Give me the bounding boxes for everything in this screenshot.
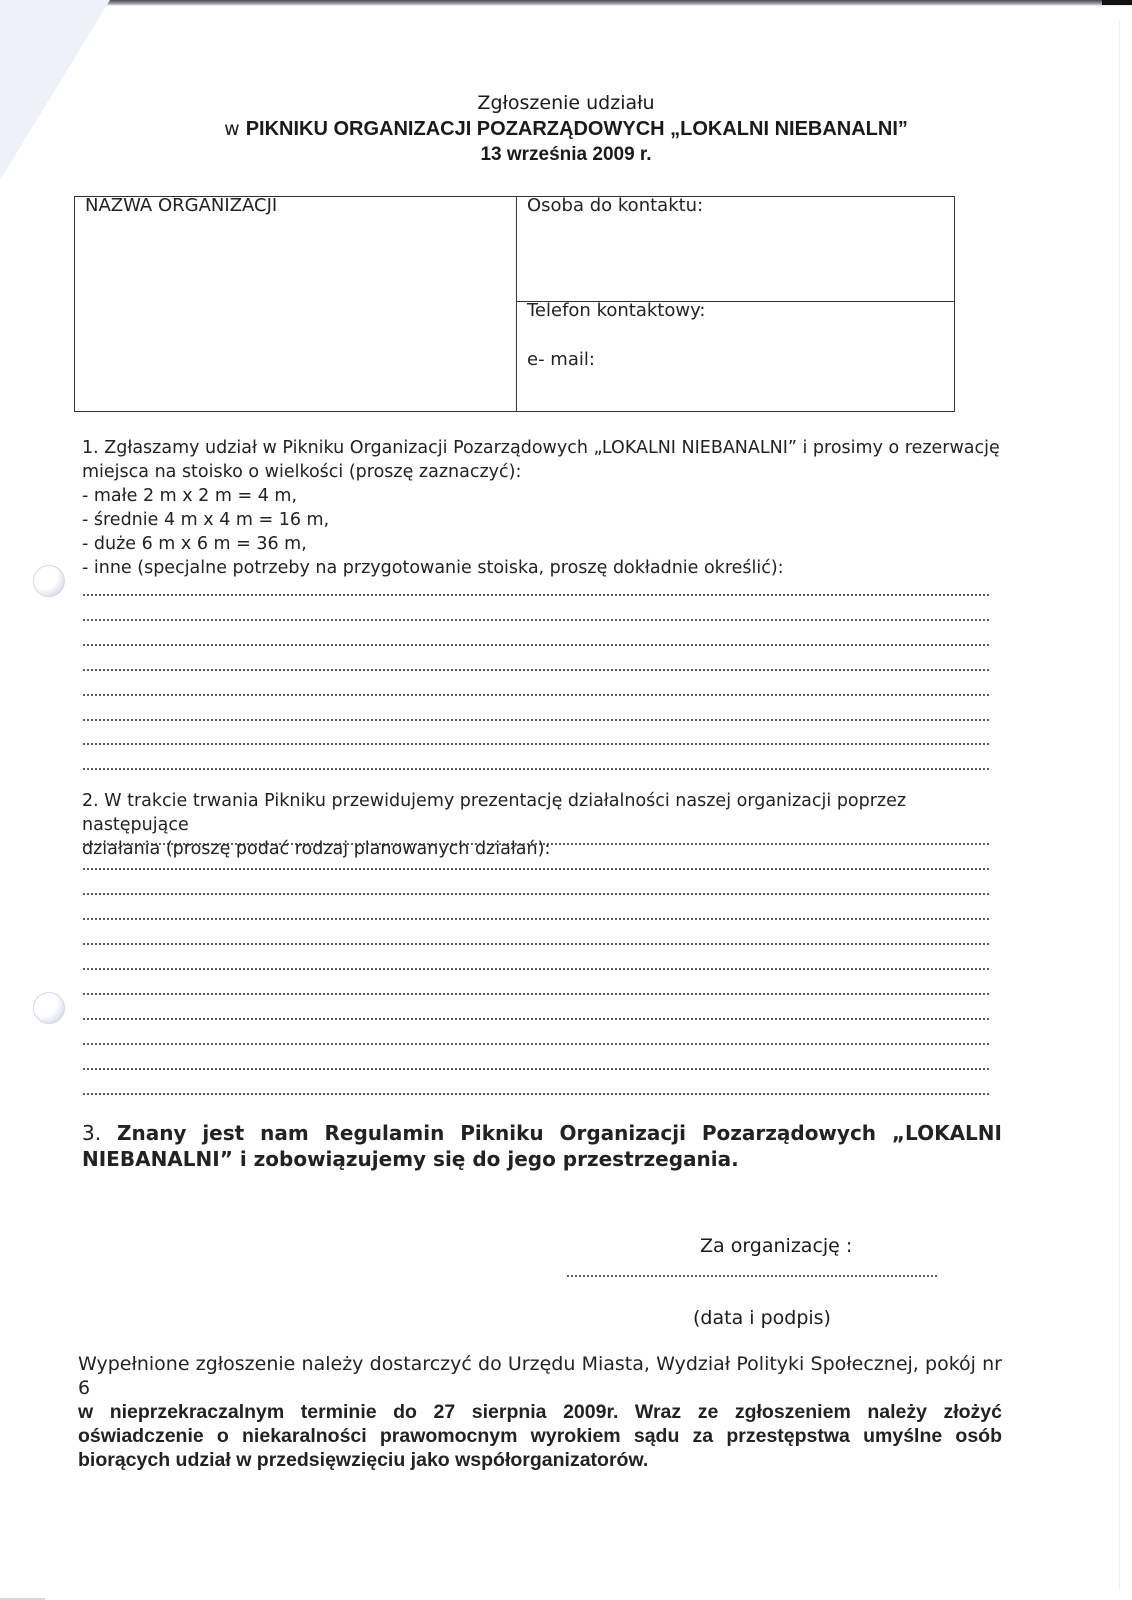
punch-hole-icon — [33, 992, 65, 1024]
blank-answer-line[interactable] — [82, 743, 990, 745]
section3-word: „LOKALNI — [892, 1120, 1002, 1146]
scan-top-edge — [0, 0, 1132, 6]
section3-word: Pikniku — [460, 1120, 543, 1146]
section1-intro-line2: miejsca na stoisko o wielkości (proszę z… — [82, 460, 1002, 484]
blank-answer-line[interactable] — [82, 1068, 990, 1070]
event-name-prefix: w — [224, 118, 246, 140]
contact-person-label: Osoba do kontaktu: — [527, 195, 703, 216]
blank-answer-line[interactable] — [82, 843, 990, 845]
blank-answer-line[interactable] — [82, 943, 990, 945]
form-title: Zgłoszenie udziału — [0, 92, 1132, 114]
section3-word: Organizacji — [560, 1120, 686, 1146]
section3-word: Znany — [117, 1120, 187, 1146]
scan-corner-mark — [1102, 0, 1132, 5]
section3-word: Pozarządowych — [702, 1120, 876, 1146]
stand-option-other[interactable]: - inne (specjalne potrzeby na przygotowa… — [82, 556, 1002, 580]
contact-details-field[interactable]: Telefon kontaktowy: e- mail: — [517, 302, 954, 411]
blank-answer-line[interactable] — [82, 694, 990, 696]
blank-answer-line[interactable] — [82, 619, 990, 621]
event-name-heading: w PIKNIKU ORGANIZACJI POZARZĄDOWYCH „LOK… — [0, 118, 1132, 141]
blank-answer-line[interactable] — [82, 993, 990, 995]
blank-answer-line[interactable] — [82, 968, 990, 970]
section2-line1: 2. W trakcie trwania Pikniku przewidujem… — [82, 789, 1002, 837]
email-label: e- mail: — [527, 349, 595, 370]
section3-word: 3. — [82, 1120, 101, 1146]
section2-line2: działania (proszę podać rodzaj planowany… — [82, 837, 1002, 861]
blank-answer-line[interactable] — [82, 868, 990, 870]
event-name: PIKNIKU ORGANIZACJI POZARZĄDOWYCH „LOKAL… — [246, 118, 908, 140]
section3-declaration: 3.ZnanyjestnamRegulaminPiknikuOrganizacj… — [82, 1120, 1002, 1172]
blank-answer-line[interactable] — [82, 918, 990, 920]
section3-line1: 3.ZnanyjestnamRegulaminPiknikuOrganizacj… — [82, 1120, 1002, 1146]
org-name-field[interactable]: NAZWA ORGANIZACJI — [75, 197, 517, 411]
submission-instructions: Wypełnione zgłoszenie należy dostarczyć … — [78, 1352, 1002, 1472]
organization-info-table: NAZWA ORGANIZACJI Osoba do kontaktu: Tel… — [74, 196, 955, 412]
scan-right-edge — [1119, 20, 1120, 1590]
blank-answer-line[interactable] — [82, 594, 990, 596]
signature-field[interactable] — [566, 1275, 938, 1277]
contact-person-field[interactable]: Osoba do kontaktu: — [517, 197, 954, 302]
event-date: 13 września 2009 r. — [0, 144, 1132, 166]
section1-intro-line1: 1. Zgłaszamy udział w Pikniku Organizacj… — [82, 436, 1002, 460]
instructions-line4: biorących udział w przedsięwzięciu jako … — [78, 1449, 648, 1471]
blank-answer-line[interactable] — [82, 669, 990, 671]
blank-answer-line[interactable] — [82, 1093, 990, 1095]
section3-word: nam — [260, 1120, 309, 1146]
instructions-line3: oświadczenie o niekaralności prawomocnym… — [78, 1425, 1002, 1447]
blank-answer-line[interactable] — [82, 893, 990, 895]
section1-intro: 1. Zgłaszamy udział w Pikniku Organizacj… — [82, 436, 1002, 580]
stand-option-medium[interactable]: - średnie 4 m x 4 m = 16 m, — [82, 508, 1002, 532]
section3-word: Regulamin — [325, 1120, 445, 1146]
org-name-label: NAZWA ORGANIZACJI — [85, 195, 277, 216]
stand-option-small[interactable]: - małe 2 m x 2 m = 4 m, — [82, 484, 1002, 508]
instructions-line1: Wypełnione zgłoszenie należy dostarczyć … — [78, 1352, 1002, 1400]
signature-caption: (data i podpis) — [693, 1307, 831, 1329]
instructions-line2: w nieprzekraczalnym terminie do 27 sierp… — [78, 1401, 1002, 1423]
blank-answer-line[interactable] — [82, 644, 990, 646]
blank-answer-line[interactable] — [82, 719, 990, 721]
phone-label: Telefon kontaktowy: — [527, 300, 705, 321]
section2-intro: 2. W trakcie trwania Pikniku przewidujem… — [82, 789, 1002, 861]
blank-answer-line[interactable] — [82, 1043, 990, 1045]
stand-option-large[interactable]: - duże 6 m x 6 m = 36 m, — [82, 532, 1002, 556]
blank-answer-line[interactable] — [82, 768, 990, 770]
signature-label: Za organizację : — [700, 1235, 852, 1257]
blank-answer-line[interactable] — [82, 1018, 990, 1020]
section3-line2: NIEBANALNI” i zobowiązujemy się do jego … — [82, 1146, 1002, 1172]
section3-word: jest — [202, 1120, 244, 1146]
punch-hole-icon — [33, 565, 65, 597]
